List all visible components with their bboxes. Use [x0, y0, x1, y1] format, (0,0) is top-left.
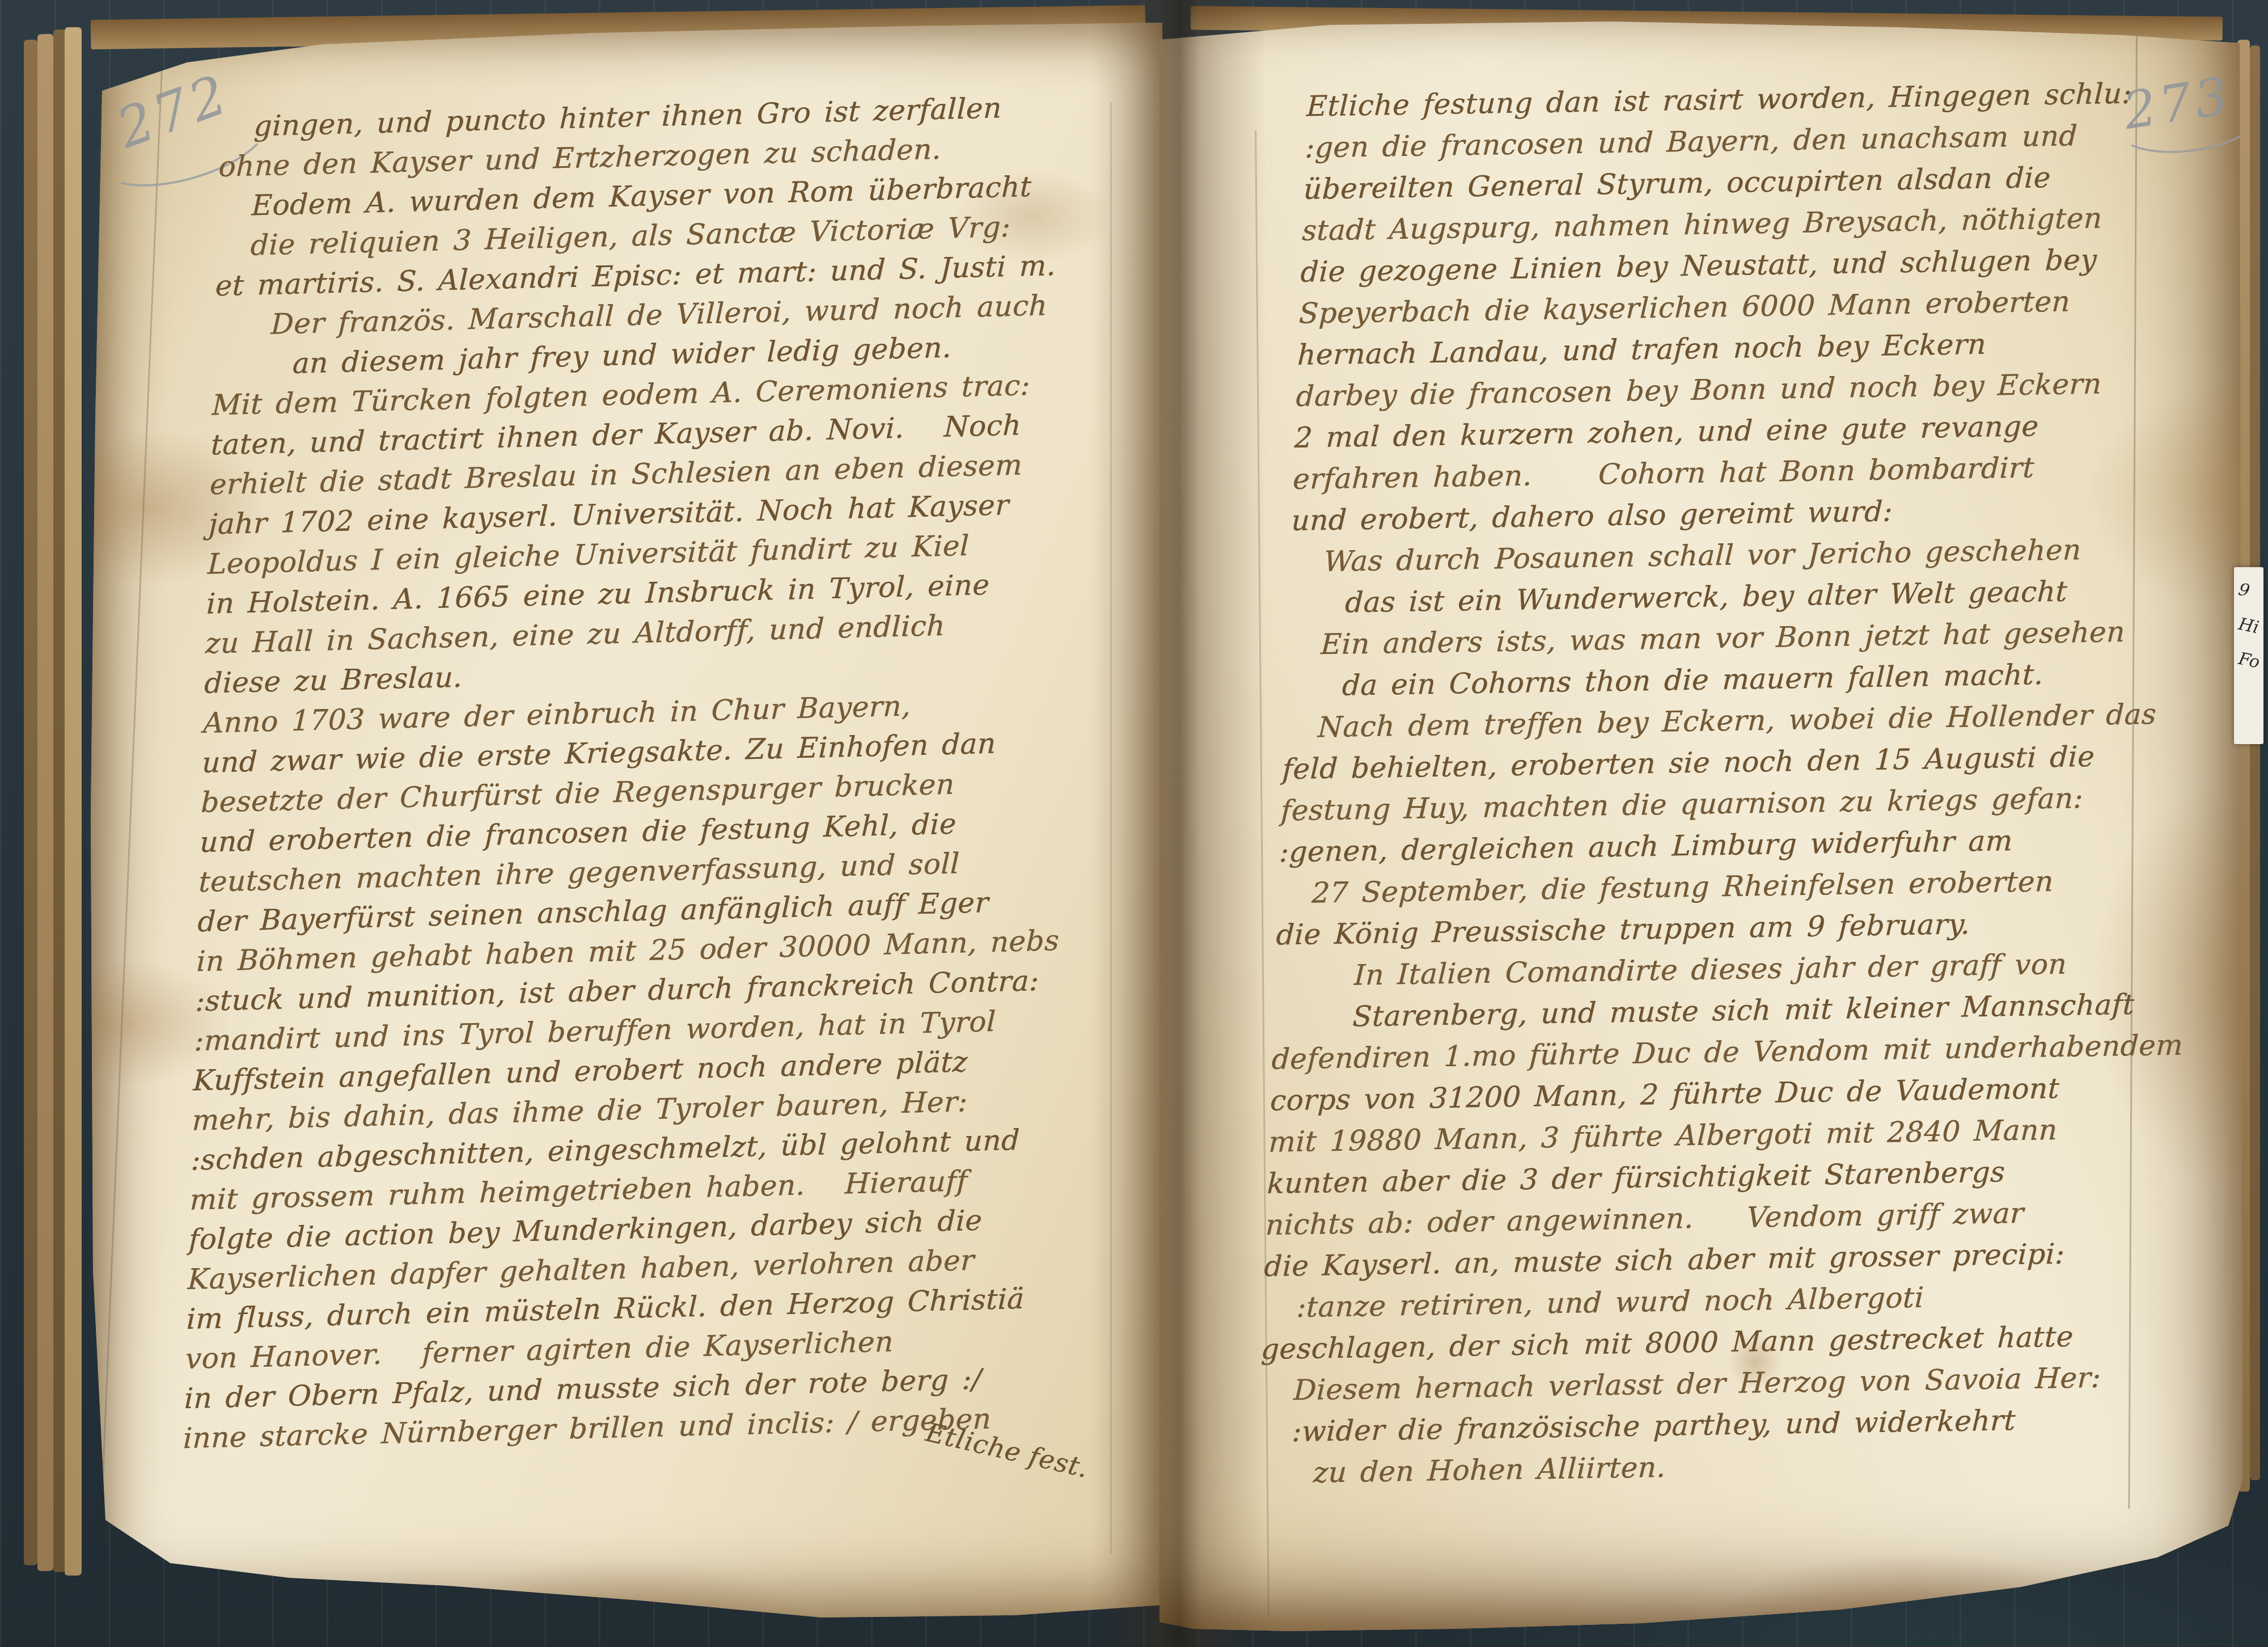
- right-page: 273 Etliche festung dan ist rasirt worde…: [1160, 6, 2242, 1639]
- margin-rule-left: [98, 54, 163, 1573]
- label-fragment: Hi: [2237, 614, 2263, 639]
- archival-label: 9 Hi Fo: [2234, 567, 2263, 744]
- label-fragment: Fo: [2237, 649, 2263, 673]
- page-edges-left: [65, 27, 82, 1576]
- left-page-text: gingen, und puncto hinter ihnen Gro ist …: [183, 85, 1150, 1458]
- manuscript-photo: 272 gingen, und puncto hinter ihnen Gro …: [0, 0, 2268, 1647]
- left-page: 272 gingen, und puncto hinter ihnen Gro …: [85, 23, 1162, 1636]
- right-page-text: Etliche festung dan ist rasirt worden, H…: [1256, 72, 2203, 1495]
- page-edges-left: [53, 29, 66, 1572]
- page-edges-right: [2250, 45, 2260, 1480]
- label-fragment: 9: [2237, 580, 2263, 604]
- page-edges-left: [37, 34, 53, 1571]
- page-edges-left: [24, 40, 37, 1565]
